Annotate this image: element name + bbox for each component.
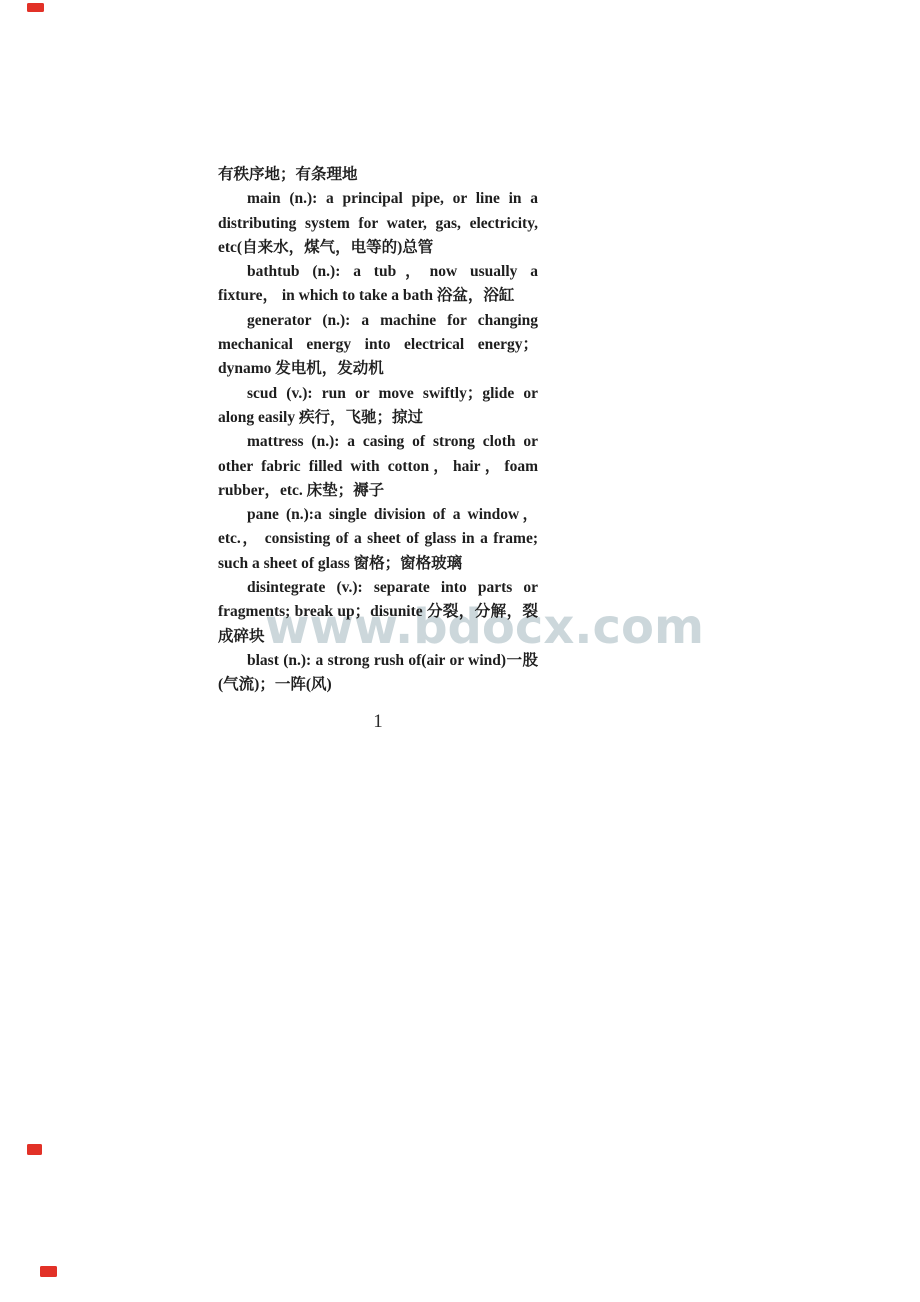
text-line: dynamo 发电机，发动机: [218, 357, 538, 381]
red-scan-mark: [27, 1144, 42, 1155]
text-line: main (n.): a principal pipe, or line in …: [218, 187, 538, 211]
text-line: scud (v.): run or move swiftly；glide or …: [218, 382, 538, 406]
text-line: distributing system for water, gas, elec…: [218, 212, 538, 236]
text-line: other fabric filled with cotton，hair，foa…: [218, 455, 538, 479]
text-line: etc(自来水，煤气，电等的)总管: [218, 236, 538, 260]
text-line: along easily 疾行，飞驰；掠过: [218, 406, 538, 430]
document-page: www.bdocx.com 有秩序地；有条理地 main (n.): a pri…: [0, 0, 920, 1302]
text-line: rubber，etc. 床垫；褥子: [218, 479, 538, 503]
text-line: (气流)；一阵(风): [218, 673, 538, 697]
text-line: mechanical energy into electrical energy…: [218, 333, 538, 357]
text-block: 有秩序地；有条理地 main (n.): a principal pipe, o…: [218, 163, 538, 698]
text-line: generator (n.): a machine for changing: [218, 309, 538, 333]
text-line: etc.， consisting of a sheet of glass in …: [218, 527, 538, 551]
text-line: blast (n.): a strong rush of(air or wind…: [218, 649, 538, 673]
text-line: 成碎块: [218, 625, 538, 649]
text-line: fixture， in which to take a bath 浴盆，浴缸: [218, 284, 538, 308]
text-line: disintegrate (v.): separate into parts o…: [218, 576, 538, 600]
text-line: pane (n.):a single division of a window，: [218, 503, 538, 527]
page-number: 1: [218, 710, 538, 734]
text-line: 有秩序地；有条理地: [218, 163, 538, 187]
red-scan-mark: [27, 3, 44, 12]
text-line: mattress (n.): a casing of strong cloth …: [218, 430, 538, 454]
text-line: fragments; break up；disunite 分裂，分解，裂: [218, 600, 538, 624]
text-line: such a sheet of glass 窗格；窗格玻璃: [218, 552, 538, 576]
red-scan-mark: [40, 1266, 57, 1277]
text-line: bathtub (n.): a tub，now usually a bathro…: [218, 260, 538, 284]
